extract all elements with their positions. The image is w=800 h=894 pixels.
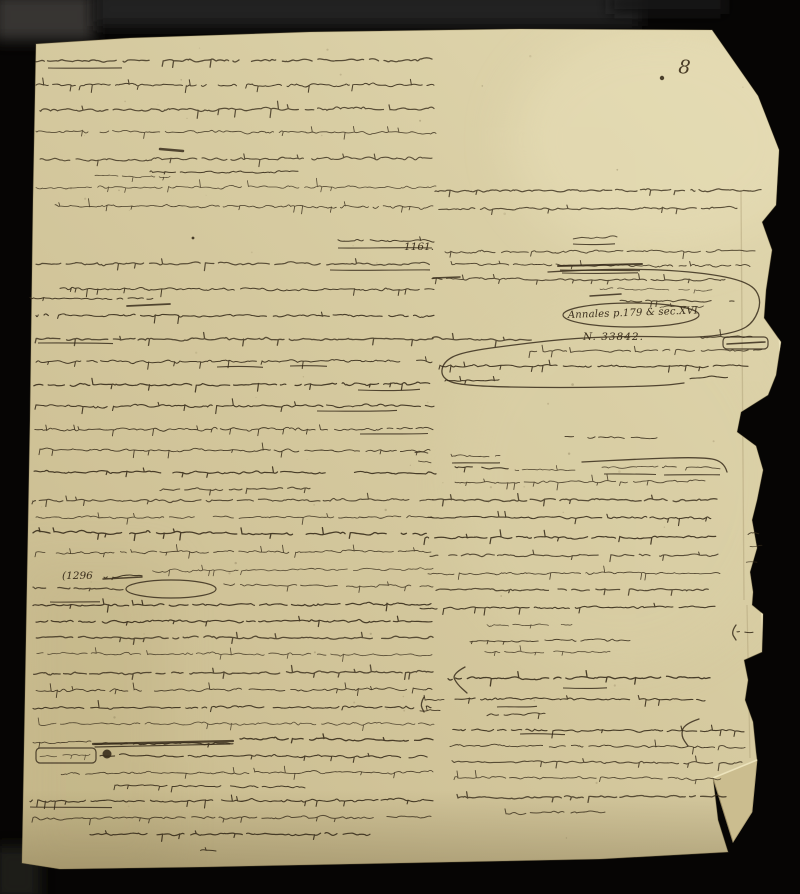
catalog-number: N. 33842.	[582, 331, 644, 343]
paper-speck	[228, 572, 230, 574]
paper-speck	[596, 782, 598, 784]
paper-speck	[303, 376, 304, 377]
paper-speck	[124, 101, 126, 103]
ink-blot	[192, 237, 195, 240]
paper-speck	[128, 806, 130, 808]
paper-speck	[523, 486, 525, 488]
paper-speck	[616, 169, 618, 171]
paper-speck	[618, 470, 621, 473]
paper-speck	[614, 684, 616, 686]
paper-speck	[35, 803, 36, 804]
strikethrough-mark	[433, 277, 460, 278]
paper-speck	[251, 252, 253, 254]
underline-mark	[604, 474, 656, 475]
paper-speck	[571, 383, 574, 386]
paper-speck	[742, 87, 743, 88]
paper-speck	[428, 430, 429, 431]
paper-speck	[563, 512, 564, 513]
paper-speck	[157, 104, 158, 105]
paper-speck	[490, 486, 492, 488]
paper-speck	[410, 465, 411, 466]
paper-speck	[206, 195, 207, 196]
paper-speck	[669, 348, 670, 349]
paper-speck	[664, 527, 665, 528]
ink-blot	[103, 750, 112, 759]
underline-mark	[290, 366, 327, 367]
paper-speck	[403, 696, 405, 698]
underline-mark	[38, 343, 113, 344]
paper-speck	[307, 459, 308, 460]
underline-mark	[497, 706, 537, 707]
paper-speck	[500, 595, 502, 597]
paper-speck	[386, 709, 387, 710]
paper-speck	[180, 79, 182, 81]
paper-speck	[442, 482, 443, 483]
paper-speck	[370, 633, 372, 635]
paper-speck	[488, 502, 489, 503]
paper-speck	[385, 509, 387, 511]
paper-speck	[199, 48, 200, 49]
paper-speck	[427, 402, 429, 404]
paper-speck	[419, 120, 421, 122]
paper-speck	[235, 562, 237, 564]
manuscript-scan: 8 1161. Annales p.179 & sec.XVI N. 33842…	[0, 0, 800, 894]
paper-speck	[529, 55, 531, 57]
print-year-citation: (1296	[62, 570, 93, 582]
paper-speck	[403, 710, 405, 712]
paper-speck	[84, 135, 85, 136]
paper-speck	[84, 198, 86, 200]
underline-mark	[563, 688, 607, 689]
manuscript-photo: 8 1161. Annales p.179 & sec.XVI N. 33842…	[0, 0, 800, 894]
paper-speck	[326, 49, 328, 51]
paper-speck	[113, 716, 115, 718]
paper-speck	[376, 262, 378, 264]
paper-speck	[255, 397, 256, 398]
paper-speck	[482, 85, 484, 87]
paper-speck	[340, 74, 342, 76]
paper-speck	[195, 352, 197, 354]
underline-mark	[30, 807, 112, 808]
paper-speck	[143, 633, 144, 634]
paper-speck	[314, 651, 316, 653]
paper-speck	[321, 135, 322, 136]
paper-speck	[566, 837, 567, 838]
paper-speck	[129, 210, 130, 211]
ink-blot	[660, 76, 664, 80]
underline-mark	[360, 434, 428, 435]
underline-mark	[330, 270, 430, 271]
paper-speck	[41, 506, 42, 507]
page-number: 8	[678, 56, 692, 79]
paper-speck	[503, 213, 506, 216]
paper-speck	[313, 504, 314, 505]
paper-speck	[547, 403, 549, 405]
paper-speck	[713, 440, 715, 442]
paper-speck	[186, 118, 187, 119]
paper-speck	[353, 702, 355, 704]
paper-speck	[568, 453, 570, 455]
year-citation: 1161.	[404, 241, 434, 253]
underline-mark	[562, 273, 638, 274]
paper-speck	[534, 700, 536, 702]
paper-speck	[118, 190, 120, 192]
paper-speck	[352, 245, 353, 246]
